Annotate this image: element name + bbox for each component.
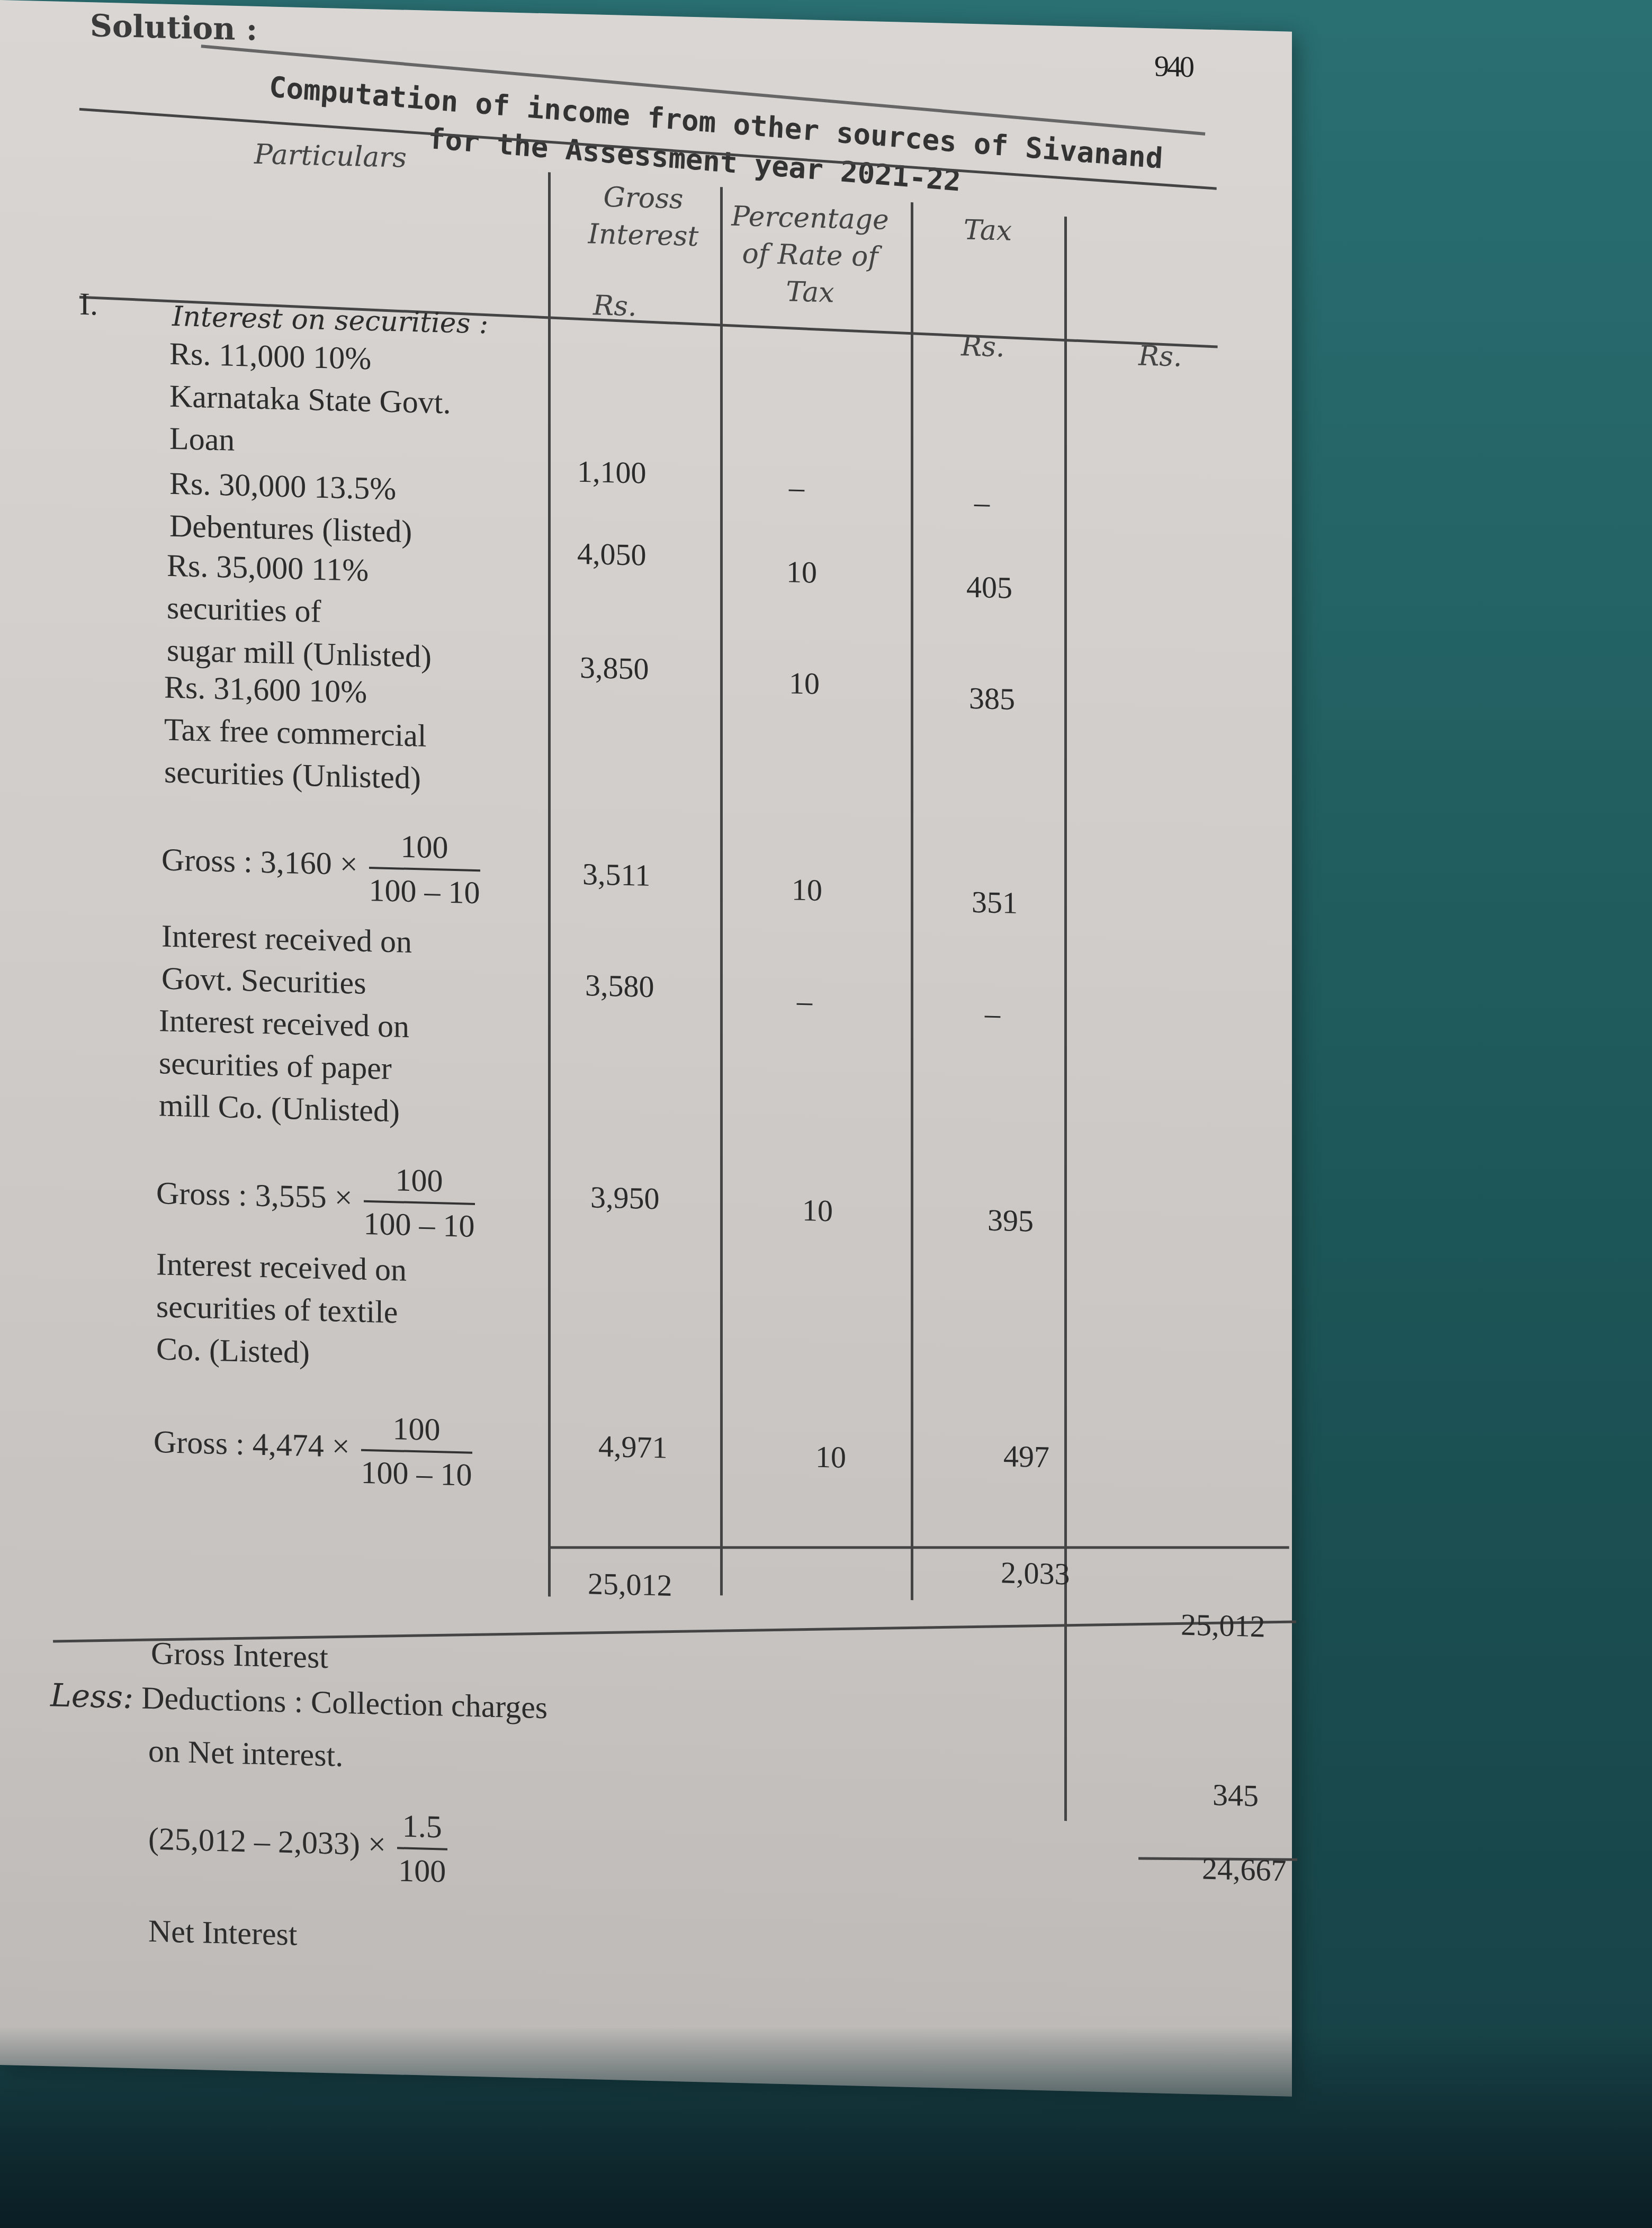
row-6-formula: Gross : 3,555 × 100100 – 10 bbox=[156, 1153, 475, 1247]
row-7-tax: 497 bbox=[1003, 1438, 1049, 1475]
row-5-gross: 3,580 bbox=[585, 967, 654, 1004]
row-5-particulars: Interest received onGovt. Securities bbox=[161, 914, 412, 1005]
row-7-rate: 10 bbox=[815, 1439, 846, 1475]
column-header-rate: Percentage of Rate of Tax bbox=[725, 197, 895, 313]
row-4-gross: 3,511 bbox=[582, 856, 650, 893]
deduction-value: 345 bbox=[1213, 1777, 1259, 1813]
net-interest-label: Net Interest bbox=[148, 1910, 298, 1956]
row-3-particulars: Rs. 35,000 11%securities ofsugar mill (U… bbox=[167, 544, 432, 678]
solution-label: Solution : bbox=[90, 7, 257, 48]
row-4-rate: 10 bbox=[792, 872, 822, 908]
deduction-line-2: on Net interest. bbox=[148, 1730, 343, 1777]
row-7-formula: Gross : 4,474 × 100100 – 10 bbox=[154, 1402, 472, 1496]
row-2-particulars: Rs. 30,000 13.5%Debentures (listed) bbox=[169, 462, 412, 553]
row-7-gross: 4,971 bbox=[598, 1429, 668, 1466]
row-2-gross: 4,050 bbox=[577, 536, 647, 573]
row-1-rate: – bbox=[789, 469, 804, 505]
row-7-particulars: Interest received onsecurities of textil… bbox=[156, 1243, 407, 1376]
row-5-rate: – bbox=[797, 983, 812, 1019]
row-3-gross: 3,850 bbox=[580, 650, 649, 687]
column-header-gross-interest: Gross Interest bbox=[588, 178, 699, 255]
section-number: I. bbox=[79, 283, 98, 326]
row-6-tax: 395 bbox=[987, 1202, 1034, 1239]
row-2-rate: 10 bbox=[786, 554, 817, 590]
column-header-gross-unit: Rs. bbox=[593, 290, 636, 322]
row-4-formula: Gross : 3,160 × 100100 – 10 bbox=[161, 819, 480, 914]
row-6-particulars: Interest received onsecurities of paperm… bbox=[159, 999, 409, 1133]
net-interest-value: 24,667 bbox=[1202, 1850, 1287, 1888]
subtotal-gross: 25,012 bbox=[588, 1566, 672, 1603]
column-header-total-unit: Rs. bbox=[1138, 340, 1182, 373]
deduction-formula: (25,012 – 2,033) × 1.5100 bbox=[148, 1799, 447, 1893]
row-6-rate: 10 bbox=[802, 1192, 833, 1228]
column-divider-2 bbox=[720, 187, 723, 1595]
row-3-tax: 385 bbox=[969, 680, 1015, 717]
subtotal-tax: 2,033 bbox=[1001, 1555, 1070, 1592]
deduction-line: Less: Deductions : Collection charges bbox=[50, 1674, 547, 1729]
column-header-particulars: Particulars bbox=[254, 139, 407, 174]
row-1-tax: – bbox=[974, 484, 990, 520]
row-4-tax: 351 bbox=[972, 884, 1018, 921]
textbook-page: Solution : 940 Computation of income fro… bbox=[0, 0, 1292, 2097]
page-number: 940 bbox=[1154, 49, 1192, 84]
row-1-particulars: Rs. 11,000 10%Karnataka State Govt.Loan bbox=[169, 333, 451, 466]
row-6-gross: 3,950 bbox=[590, 1179, 660, 1216]
column-divider-1 bbox=[548, 172, 551, 1596]
row-1-gross: 1,100 bbox=[577, 454, 647, 491]
subtotal-top-rule bbox=[548, 1546, 1289, 1549]
row-3-rate: 10 bbox=[789, 665, 820, 701]
column-header-tax-unit: Rs. bbox=[961, 330, 1004, 363]
column-divider-3 bbox=[911, 202, 913, 1600]
row-4-particulars: Rs. 31,600 10%Tax free commercialsecurit… bbox=[164, 666, 427, 799]
row-2-tax: 405 bbox=[966, 569, 1012, 606]
gross-interest-value: 25,012 bbox=[1181, 1607, 1265, 1645]
gross-interest-label: Gross Interest bbox=[151, 1632, 328, 1678]
row-5-tax: – bbox=[985, 995, 1000, 1031]
bottom-shadow bbox=[0, 2027, 1652, 2228]
column-header-tax: Tax bbox=[964, 214, 1012, 247]
